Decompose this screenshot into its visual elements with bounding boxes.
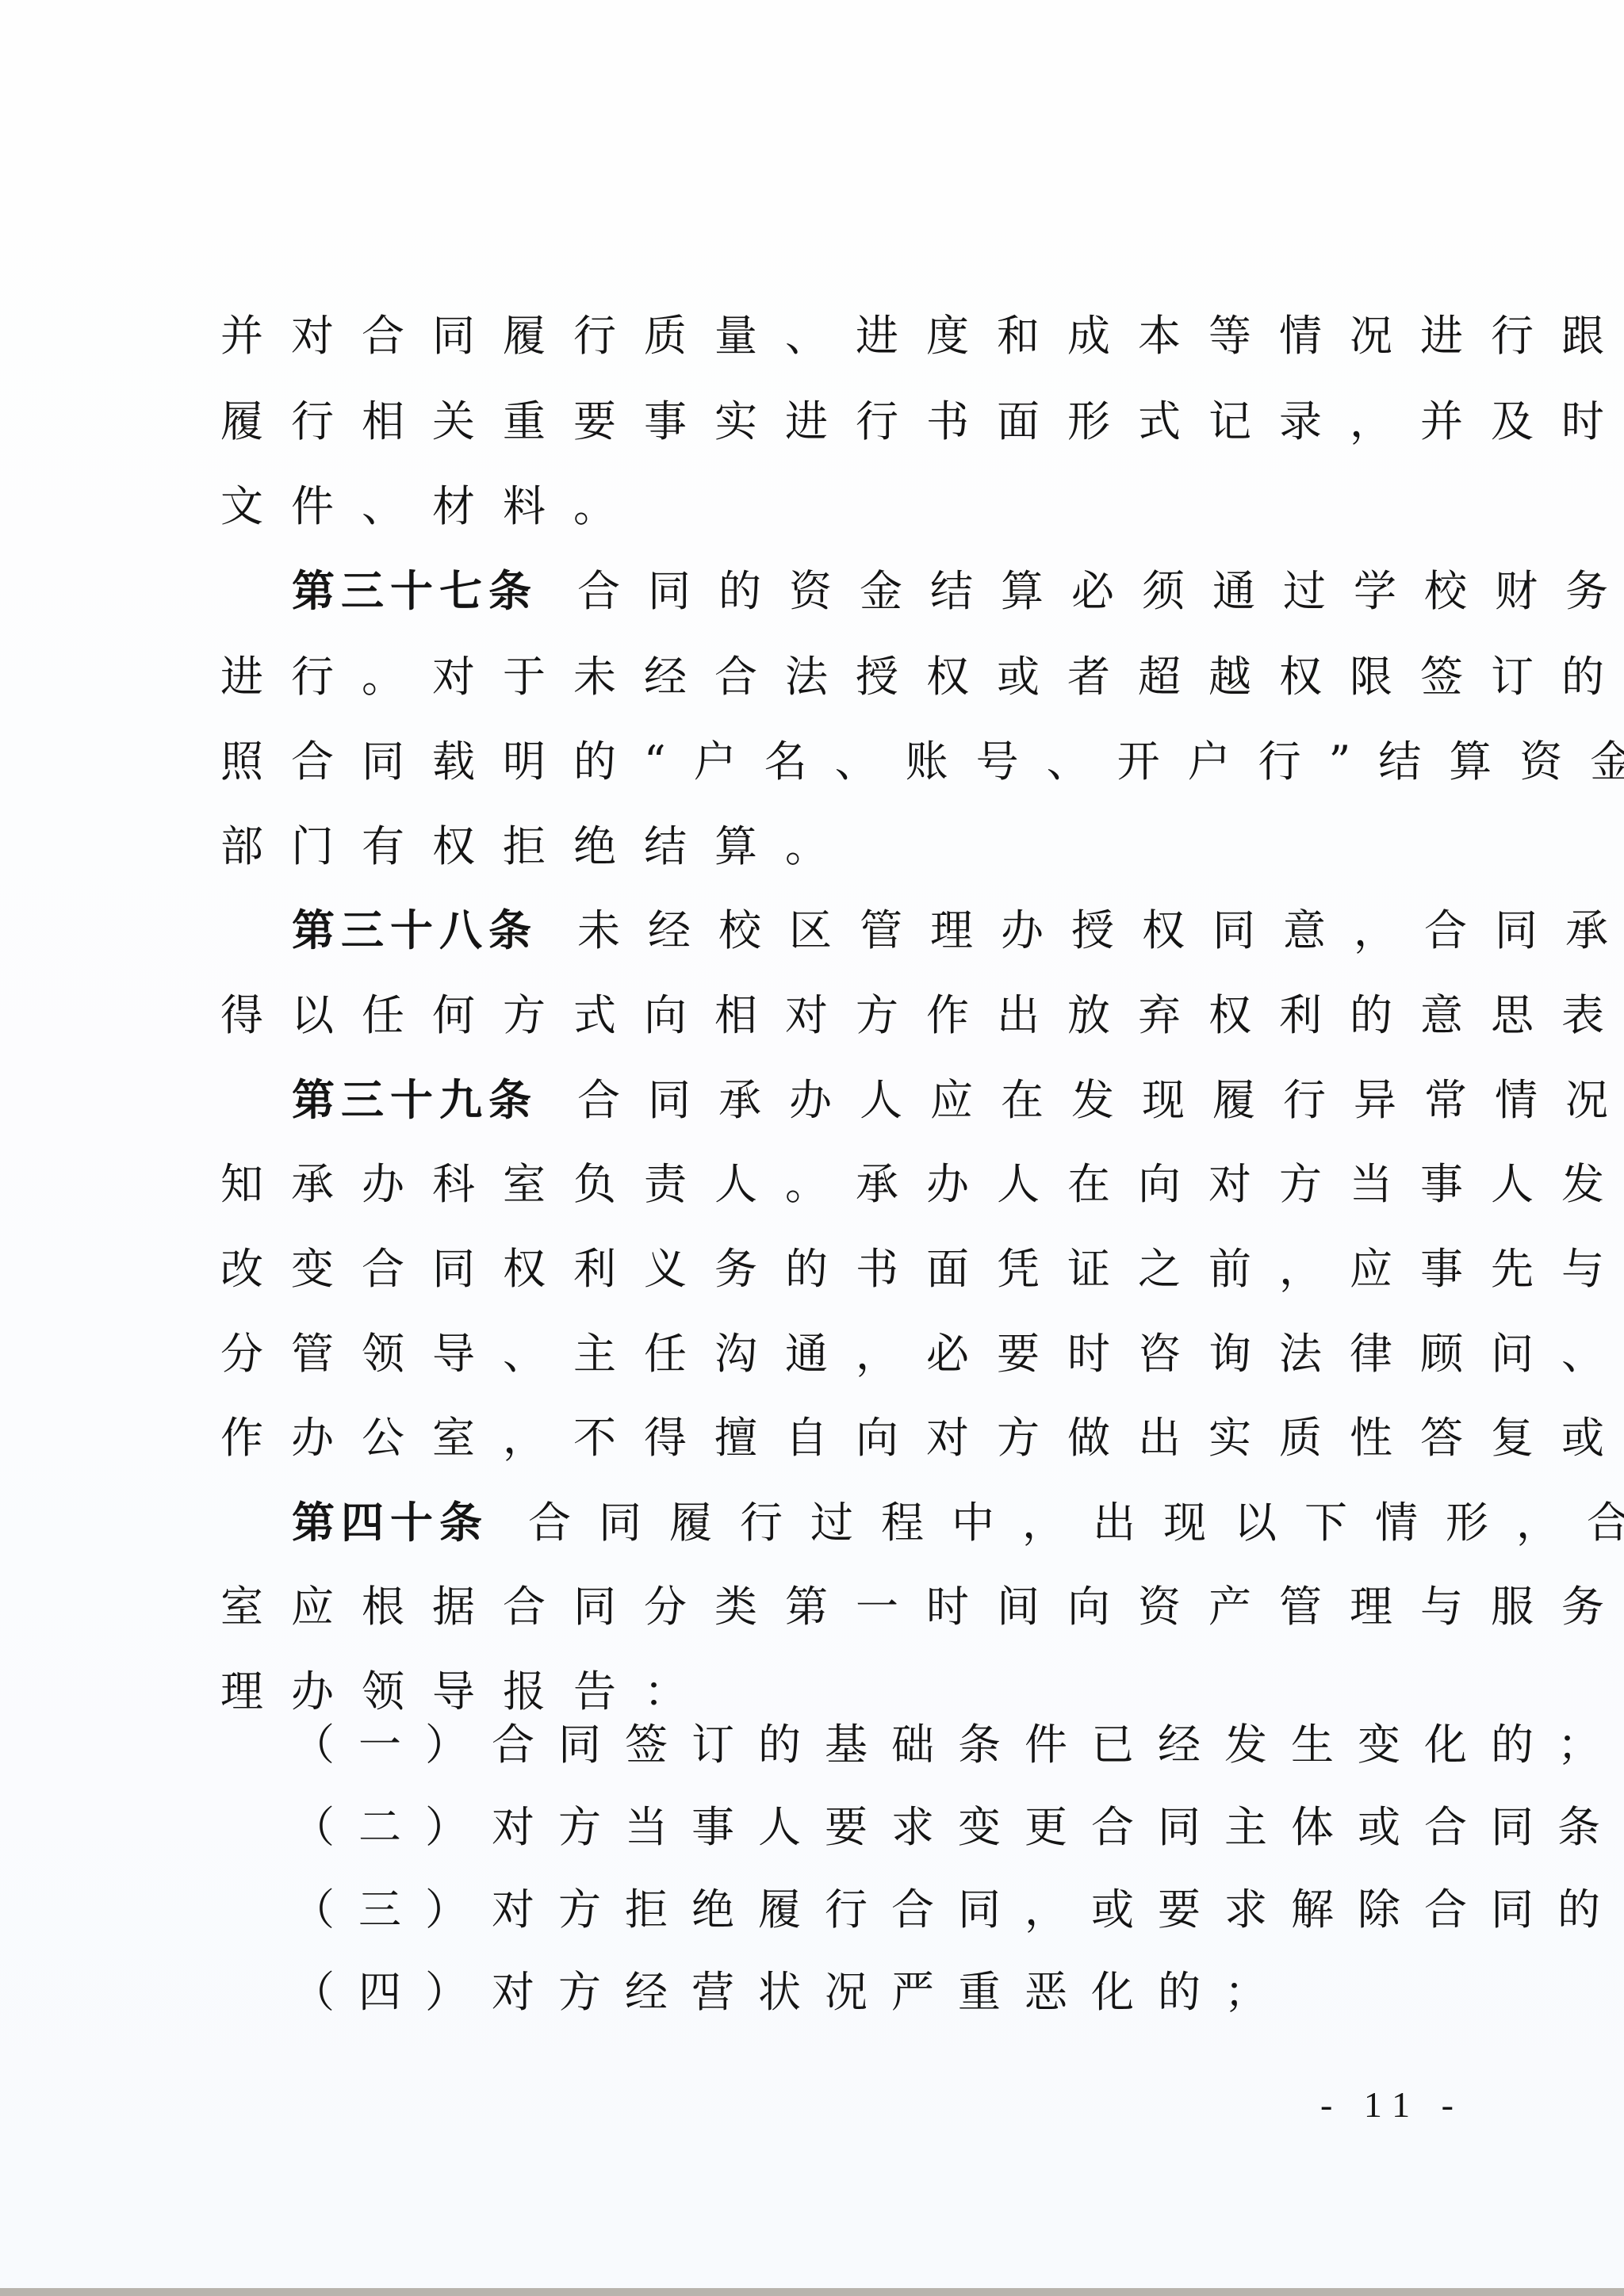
scan-bottom-edge [0,2288,1624,2296]
list-item: （三）对方拒绝履行合同，或要求解除合同的； [292,1867,1624,1953]
article-38-first-line: 第三十八条未经校区管理办授权同意，合同承办科室不 [292,888,1624,974]
paragraph-line: 室应根据合同分类第一时间向资产管理与服务监察科、校区管 [220,1564,1624,1650]
paragraph-line: 得以任何方式向相对方作出放弃权利的意思表示。 [220,973,1624,1058]
article-heading: 第三十八条 [292,905,538,955]
list-item: （二）对方当事人要求变更合同主体或合同条款的； [292,1785,1624,1870]
article-text: 合同承办人应在发现履行异常情况后及时通 [577,1075,1624,1125]
paragraph-line: 知承办科室负责人。承办人在向对方当事人发出或签收、确认 [220,1142,1624,1227]
paragraph-line: 进行。对于未经合法授权或者超越权限签订的合同，或者未按 [220,634,1624,720]
paragraph-line: 并对合同履行质量、进度和成本等情况进行跟踪检查，对合同 [220,293,1624,379]
paragraph-line: 改变合同权利义务的书面凭证之前，应事先与承办科室负责人、 [220,1226,1624,1312]
page-number: - 11 - [1320,2084,1465,2126]
article-text: 合同的资金结算必须通过学校财务管理部门 [577,566,1624,616]
paragraph-line: 文件、材料。 [220,464,644,549]
article-40-first-line: 第四十条合同履行过程中，出现以下情形，合同承办科 [292,1480,1624,1566]
paragraph-line: 部门有权拒绝结算。 [220,804,856,890]
article-37-first-line: 第三十七条合同的资金结算必须通过学校财务管理部门 [292,549,1624,634]
article-39-first-line: 第三十九条合同承办人应在发现履行异常情况后及时通 [292,1058,1624,1143]
article-heading: 第四十条 [292,1498,488,1548]
paragraph-line: 作办公室，不得擅自向对方做出实质性答复或承诺。 [220,1395,1624,1481]
article-text: 合同履行过程中，出现以下情形，合同承办科 [528,1498,1624,1548]
article-text: 未经校区管理办授权同意，合同承办科室不 [577,905,1624,955]
list-item: （一）合同签订的基础条件已经发生变化的； [292,1702,1624,1788]
article-heading: 第三十九条 [292,1075,538,1125]
list-item: （四）对方经营状况严重恶化的； [292,1950,1291,2035]
paragraph-line: 分管领导、主任沟通，必要时咨询法律顾问、学校依法治校工 [220,1311,1624,1397]
paragraph-line: 履行相关重要事实进行书面形式记录，并及时收集和保存相关 [220,379,1624,465]
article-heading: 第三十七条 [292,566,538,616]
document-page: 并对合同履行质量、进度和成本等情况进行跟踪检查，对合同 履行相关重要事实进行书面… [0,0,1624,2290]
paragraph-line: 照合同载明的“户名、账号、开户行”结算资金的，财务管理 [220,719,1624,805]
